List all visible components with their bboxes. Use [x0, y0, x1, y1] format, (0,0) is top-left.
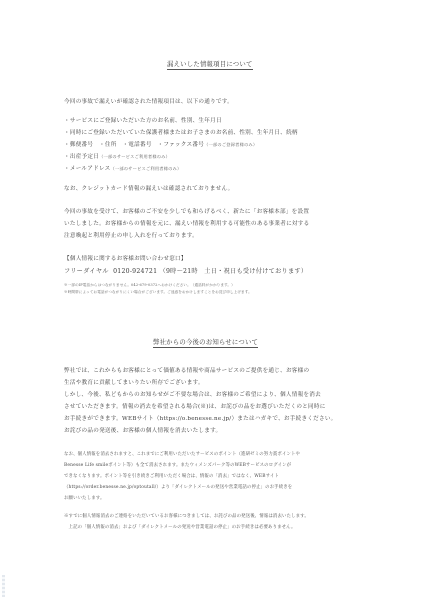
- list-item-text: ・郵便番号 ・住所 ・電話番号 ・ファックス番号: [64, 142, 204, 148]
- list-item: ・同時にご登録いただいていた保護者様またはお子さまのお名前、性別、生年月日、続柄: [64, 128, 298, 136]
- list-item-text: ・同時にご登録いただいていた保護者様またはお子さまのお名前、性別、生年月日、続柄: [64, 130, 298, 136]
- document-page: 漏えいした情報項目について 今回の事故で漏えいが確認された情報項目は、以下の通り…: [0, 0, 424, 600]
- para1-line: させていただきます。情報の消去を希望される場合(※)は、お詫びの品をお選びいただ…: [64, 402, 326, 410]
- list-item: ・出産予定日（一部のサービスご利用者様のみ）: [64, 152, 170, 160]
- para1-line: しかし、今後、私どもからのお知らせがご不要な場合は、お客様のご希望により、個人情…: [64, 390, 321, 398]
- response-line: 注意喚起と利用停止の申し入れを行っております。: [64, 231, 198, 239]
- footnote-line: 上記の「個人情報の消去」および「ダイレクトメールの発送や営業電話の停止」のお手続…: [64, 524, 296, 530]
- list-item-text: ・サービスにご登録いただいた方のお名前、性別、生年月日: [64, 118, 222, 124]
- intro-text: 今回の事故で漏えいが確認された情報項目は、以下の通りです。: [64, 97, 233, 105]
- scan-edge-mark: [2, 575, 5, 597]
- para1-line: 弊社では、これからもお客様にとって価値ある情報や商品サービスのご提供を通じ、お客…: [64, 366, 309, 374]
- contact-footnote: ※一部のIP電話からはつながりません。042-679-0372へおかけください。…: [64, 283, 235, 288]
- contact-heading: 【個人情報に関するお客様お問い合わせ窓口】: [64, 254, 187, 262]
- response-line: 今回の事故を受けて、お客様のご不安を少しでも和らげるべく、新たに「お客様本部」を…: [64, 207, 309, 215]
- list-item: ・サービスにご登録いただいた方のお名前、性別、生年月日: [64, 116, 222, 124]
- list-item-note: （一部のサービスご利用者様のみ）: [110, 166, 181, 171]
- list-item-text: ・メールアドレス: [64, 166, 110, 172]
- contact-footnote: ※時間帯によってお電話がつながりにくい場合がございます。ご迷惑をおかけしますこと…: [64, 290, 252, 295]
- list-item-note: （一部のご登録者様のみ）: [204, 142, 257, 147]
- section-title-leaked-info: 漏えいした情報項目について: [167, 59, 253, 70]
- footnote-line: ※すでに個人情報消去のご連絡をいただいているお客様につきましては、お詫びの品の発…: [64, 513, 309, 519]
- para2-line: Benesse Life smileポイント等）も全て消去されます。またウィメン…: [64, 462, 291, 468]
- para2-line: （https://order.benesse.ne.jp/optoutall/）…: [64, 484, 292, 490]
- response-line: いたしました。お客様からの情報を元に、漏えい情報を利用する可能性のある事業者に対…: [64, 219, 309, 227]
- section-title-future-notices: 弊社からの今後のお知らせについて: [153, 337, 258, 348]
- list-item: ・メールアドレス（一部のサービスご利用者様のみ）: [64, 164, 182, 172]
- contact-hours: （9時～21時 土日・祝日も受け付けております）: [160, 268, 308, 275]
- credit-card-note: なお、クレジットカード情報の漏えいは確認されておりません。: [64, 184, 234, 192]
- para2-line: お願いいたします。: [64, 495, 105, 501]
- list-item-note: （一部のサービスご利用者様のみ）: [99, 154, 170, 159]
- list-item: ・郵便番号 ・住所 ・電話番号 ・ファックス番号（一部のご登録者様のみ）: [64, 140, 257, 148]
- para1-line: お手続きができます。WEBサイト（https://o.benesse.ne.jp…: [64, 414, 337, 422]
- phone-number[interactable]: 0120-924721: [113, 268, 157, 275]
- para2-line: できなくなります。ポイント等を引き続きご利用いただく場合は、情報の「消去」ではな…: [64, 473, 279, 479]
- para1-line: お詫びの品の発送後、お客様の個人情報を消去いたします。: [64, 426, 221, 434]
- para2-line: なお、個人情報を消去されますと、これまでにご利用いただいたサービスのポイント（進…: [64, 451, 300, 457]
- list-item-text: ・出産予定日: [64, 154, 99, 160]
- contact-phone-line: フリーダイヤル 0120-924721 （9時～21時 土日・祝日も受け付けてお…: [64, 266, 307, 275]
- para1-line: 生活や教育に貢献してまいりたい所存でございます。: [64, 378, 204, 386]
- contact-label: フリーダイヤル: [64, 268, 109, 275]
